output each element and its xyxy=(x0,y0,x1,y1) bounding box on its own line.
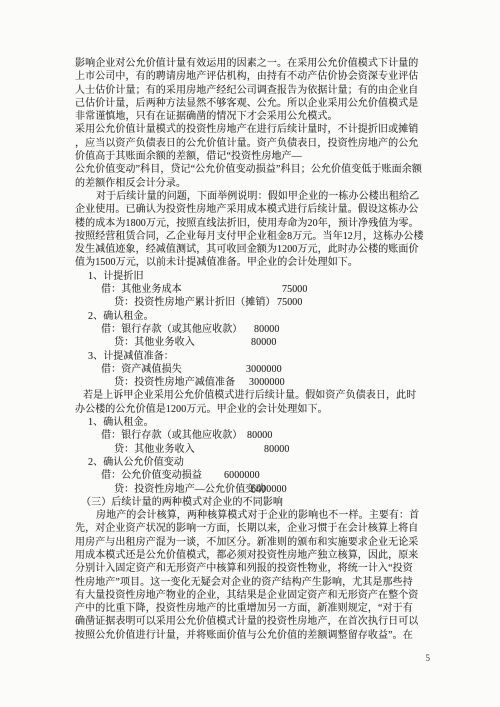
text-line: 按照经营租赁合同，乙企业每月支付甲企业租金8万元。当年12月，这栋办公楼 xyxy=(75,230,435,243)
text-line: 借：银行存款（或其他应收款）80000 xyxy=(75,323,435,336)
line-text: 借：资产减值损失 xyxy=(101,364,182,375)
line-text: 公允价值变动”科目，贷记“公允价值变动损益”科目；公允价值变低于账面余额 xyxy=(75,164,422,175)
text-line: 用成本模式还是公允价值模式，都必须对投资性房地产独立核算，因此，原来 xyxy=(75,549,435,562)
text-line: 采用公允价值计量模式的投资性房地产在进行后续计量时，不计提折旧或摊销 xyxy=(75,123,435,136)
text-line: 的差额作相反会计分录。 xyxy=(75,177,435,190)
line-text: 借：银行存款（或其他应收款） xyxy=(101,324,242,335)
text-line: 己估价计量，后两种方法显然不够客观、公允。所以企业采用公允价值模式是 xyxy=(75,97,435,110)
line-text: 1、确认租金。 xyxy=(88,417,154,428)
line-text: 按照公允价值进行计量，并将账面价值与公允价值的差额调整留存收益”。在 xyxy=(75,630,413,641)
text-line: 贷：其他业务收入80000 xyxy=(75,443,435,456)
line-text: 贷：其他业务收入 xyxy=(114,337,195,348)
text-line: 贷：投资性房地产减值准备3000000 xyxy=(75,376,435,389)
line-text: 贷：投资性房地产累计折旧（摊销） xyxy=(114,297,276,308)
line-text: 2、确认租金。 xyxy=(88,311,154,322)
line-text: 分别计入固定资产和无形资产中核算和列报的投资性物业，将统一计入“投资 xyxy=(75,563,413,574)
text-line: 1、确认租金。 xyxy=(75,416,435,429)
line-text: 3、计提减值准备： xyxy=(88,351,174,362)
journal-amount: 3000000 xyxy=(249,376,285,389)
line-text: 借：公允价值变动损益 xyxy=(101,470,202,481)
line-text: 用成本模式还是公允价值模式，都必须对投资性房地产独立核算，因此，原来 xyxy=(75,550,418,561)
line-text: 贷：投资性房地产—公允价值变动 xyxy=(114,484,266,495)
text-line: 值为1500万元，以前未计提减值准备。甲企业的会计处理如下。 xyxy=(75,256,435,269)
line-text: 1、计提折旧 xyxy=(88,271,144,282)
line-text: 借：其他业务成本 xyxy=(101,284,182,295)
text-line: 发生减值迹象，经减值测试，其可收回金额为1200万元，此时办公楼的账面价 xyxy=(75,243,435,256)
line-text: 房地产的会计核算，两种核算模式对于企业的影响也不一样。主要有：首 xyxy=(96,510,419,521)
text-line: 性房地产”项目。这一变化无疑会对企业的资产结构产生影响，尤其是那些持 xyxy=(75,576,435,589)
journal-amount: 3000000 xyxy=(246,363,282,376)
text-line: 贷：投资性房地产累计折旧（摊销）75000 xyxy=(75,296,435,309)
line-text: 价值高于其账面余额的差额，借记“投资性房地产— xyxy=(75,151,302,162)
journal-amount: 6000000 xyxy=(251,483,287,496)
text-line: 企业使用。已确认为投资性房地产采用成本模式进行后续计量。假设这栋办公 xyxy=(75,203,435,216)
text-line: 分别计入固定资产和无形资产中核算和列报的投资性物业，将统一计入“投资 xyxy=(75,562,435,575)
line-text: ，应当以资产负债表日的公允价值计量。资产负债表日，投资性房地产的公允 xyxy=(75,138,418,149)
line-text: 有大量投资性房地产物业的企业，其结果是企业固定资产和无形资产在整个资 xyxy=(75,590,418,601)
line-text: 性房地产”项目。这一变化无疑会对企业的资产结构产生影响，尤其是那些持 xyxy=(75,577,413,588)
line-text: 的差额作相反会计分录。 xyxy=(75,178,186,189)
document-text-block: 影响企业对公允价值计量有效运用的因素之一。在采用公允价值模式下计量的上市公司中，… xyxy=(75,57,435,642)
text-line: 按照公允价值进行计量，并将账面价值与公允价值的差额调整留存收益”。在 xyxy=(75,629,435,642)
line-text: 己估价计量，后两种方法显然不够客观、公允。所以企业采用公允价值模式是 xyxy=(75,98,418,109)
text-line: 贷：其他业务收入80000 xyxy=(75,336,435,349)
text-line: 人士估价计量；有的采用房地产经纪公司调查报告为依据计量；有的由企业自 xyxy=(75,84,435,97)
text-line: 产中的比重下降，投资性房地产的比重增加另一方面，新准则规定，“对于有 xyxy=(75,602,435,615)
line-text: 发生减值迹象，经减值测试，其可收回金额为1200万元，此时办公楼的账面价 xyxy=(75,244,419,255)
journal-amount: 80000 xyxy=(247,429,273,442)
text-line: 有大量投资性房地产物业的企业，其结果是企业固定资产和无形资产在整个资 xyxy=(75,589,435,602)
line-text: 先，对企业资产状况的影响一方面，长期以来，企业习惯于在会计核算上将自 xyxy=(75,523,418,534)
text-line: ，应当以资产负债表日的公允价值计量。资产负债表日，投资性房地产的公允 xyxy=(75,137,435,150)
line-text: 对于后续计量的问题，下面举例说明：假如甲企业的一栋办公楼出租给乙 xyxy=(96,191,419,202)
text-line: 对于后续计量的问题，下面举例说明：假如甲企业的一栋办公楼出租给乙 xyxy=(75,190,435,203)
text-line: 借：银行存款（或其他应收款）80000 xyxy=(75,429,435,442)
line-text: 贷：投资性房地产减值准备 xyxy=(114,377,235,388)
line-text: 上市公司中，有的聘请房地产评估机构，由持有不动产估价协会资深专业评估 xyxy=(75,71,418,82)
line-text: 按照经营租赁合同，乙企业每月支付甲企业租金8万元。当年12月，这栋办公楼 xyxy=(75,231,424,242)
text-line: 非常谨慎地，只有在证据确凿的情况下才会采用公允模式。 xyxy=(75,110,435,123)
line-text: 用房产与出租房产混为一谈，不加区分。新准则的颁布和实施要求企业无论采 xyxy=(75,537,418,548)
journal-amount: 75000 xyxy=(277,296,303,309)
line-text: 采用公允价值计量模式的投资性房地产在进行后续计量时，不计提折旧或摊销 xyxy=(75,124,418,135)
line-text: 贷：其他业务收入 xyxy=(114,444,195,455)
line-text: 楼的成本为1800万元，按照直线法折旧，使用寿命为20年，预计净残值为零。 xyxy=(75,218,419,229)
line-text: 产中的比重下降，投资性房地产的比重增加另一方面，新准则规定，“对于有 xyxy=(75,603,413,614)
text-line: 3、计提减值准备： xyxy=(75,350,435,363)
text-line: 楼的成本为1800万元，按照直线法折旧，使用寿命为20年，预计净残值为零。 xyxy=(75,217,435,230)
text-line: 先，对企业资产状况的影响一方面，长期以来，企业习惯于在会计核算上将自 xyxy=(75,522,435,535)
line-text: （三）后续计量的两种模式对企业的不同影响 xyxy=(81,497,283,508)
page-number: 5 xyxy=(405,653,430,663)
text-line: 用房产与出租房产混为一谈，不加区分。新准则的颁布和实施要求企业无论采 xyxy=(75,536,435,549)
text-line: 2、确认租金。 xyxy=(75,310,435,323)
text-line: 贷：投资性房地产—公允价值变动6000000 xyxy=(75,483,435,496)
text-line: 价值高于其账面余额的差额，借记“投资性房地产— xyxy=(75,150,435,163)
text-line: 借：公允价值变动损益6000000 xyxy=(75,469,435,482)
journal-amount: 80000 xyxy=(254,323,280,336)
text-line: 房地产的会计核算，两种核算模式对于企业的影响也不一样。主要有：首 xyxy=(75,509,435,522)
line-text: 确凿证据表明可以采用公允价值模式计量的投资性房地产，在首次执行日可以 xyxy=(75,616,418,627)
document-page: 影响企业对公允价值计量有效运用的因素之一。在采用公允价值模式下计量的上市公司中，… xyxy=(0,0,500,707)
line-text: 非常谨慎地，只有在证据确凿的情况下才会采用公允模式。 xyxy=(75,111,338,122)
journal-amount: 80000 xyxy=(264,443,290,456)
journal-amount: 75000 xyxy=(282,283,308,296)
text-line: 上市公司中，有的聘请房地产评估机构，由持有不动产估价协会资深专业评估 xyxy=(75,70,435,83)
text-line: 影响企业对公允价值计量有效运用的因素之一。在采用公允价值模式下计量的 xyxy=(75,57,435,70)
text-line: 借：其他业务成本75000 xyxy=(75,283,435,296)
text-line: 公允价值变动”科目，贷记“公允价值变动损益”科目；公允价值变低于账面余额 xyxy=(75,163,435,176)
line-text: 人士估价计量；有的采用房地产经纪公司调查报告为依据计量；有的由企业自 xyxy=(75,85,418,96)
line-text: 企业使用。已确认为投资性房地产采用成本模式进行后续计量。假设这栋办公 xyxy=(75,204,418,215)
journal-amount: 80000 xyxy=(251,336,277,349)
text-line: 办公楼的公允价值是1200万元。甲企业的会计处理如下。 xyxy=(75,403,435,416)
text-line: 2、确认公允价值变动 xyxy=(75,456,435,469)
line-text: 办公楼的公允价值是1200万元。甲企业的会计处理如下。 xyxy=(75,404,328,415)
line-text: 若是上诉甲企业采用公允价值模式进行后续计量。假如资产负债表日，此时 xyxy=(83,390,416,401)
line-text: 2、确认公允价值变动 xyxy=(88,457,184,468)
line-text: 值为1500万元，以前未计提减值准备。甲企业的会计处理如下。 xyxy=(75,257,358,268)
text-line: 确凿证据表明可以采用公允价值模式计量的投资性房地产，在首次执行日可以 xyxy=(75,615,435,628)
text-line: 若是上诉甲企业采用公允价值模式进行后续计量。假如资产负债表日，此时 xyxy=(75,389,435,402)
journal-amount: 6000000 xyxy=(224,469,260,482)
line-text: 影响企业对公允价值计量有效运用的因素之一。在采用公允价值模式下计量的 xyxy=(75,58,418,69)
text-line: 借：资产减值损失3000000 xyxy=(75,363,435,376)
text-line: （三）后续计量的两种模式对企业的不同影响 xyxy=(75,496,435,509)
text-line: 1、计提折旧 xyxy=(75,270,435,283)
line-text: 借：银行存款（或其他应收款） xyxy=(101,430,242,441)
